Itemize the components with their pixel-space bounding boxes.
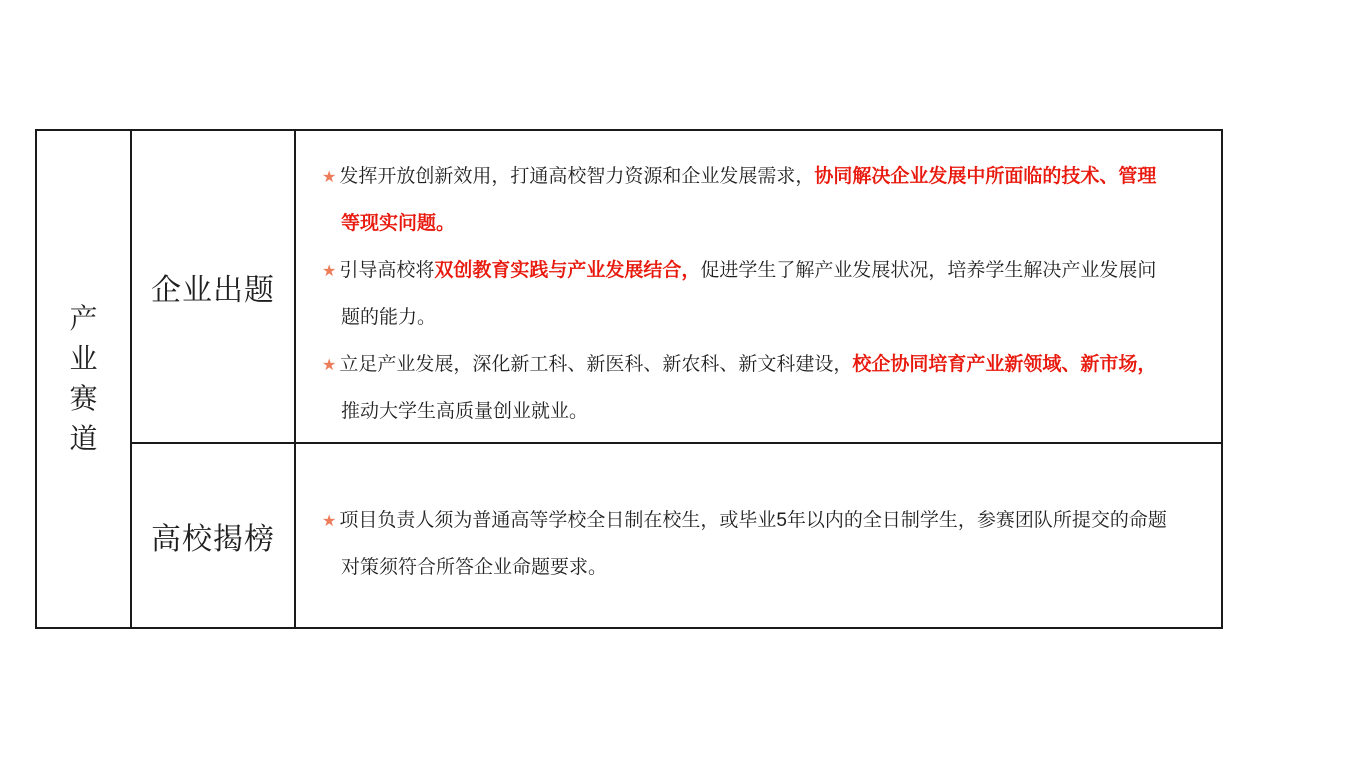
header-char: 道 — [69, 419, 97, 459]
bullet-line: ★项目负责人须为普通高等学校全日制在校生，或毕业5年以内的全日制学生，参赛团队所… — [322, 497, 1181, 544]
table-row-enterprise: 企业出题 ★发挥开放创新效用，打通高校智力资源和企业发展需求，协同解决企业发展中… — [132, 131, 1221, 444]
bullet-line-continuation: 推动大学生高质量创业就业。 — [322, 388, 1181, 435]
body-text: 推动大学生高质量创业就业。 — [341, 401, 588, 422]
header-char: 赛 — [69, 379, 97, 419]
star-bullet-icon: ★ — [322, 357, 336, 374]
bullet-line: ★立足产业发展，深化新工科、新医科、新农科、新文科建设，校企协同培育产业新领域、… — [322, 341, 1181, 388]
star-bullet-icon: ★ — [322, 263, 336, 280]
table-rows: 企业出题 ★发挥开放创新效用，打通高校智力资源和企业发展需求，协同解决企业发展中… — [132, 131, 1221, 627]
table-row-university: 高校揭榜 ★项目负责人须为普通高等学校全日制在校生，或毕业5年以内的全日制学生，… — [132, 444, 1221, 627]
body-text: 引导高校将 — [339, 260, 434, 281]
header-char: 业 — [69, 339, 97, 379]
bullet-line-continuation: 对策须符合所答企业命题要求。 — [322, 544, 1181, 591]
row-content-university-challenge: ★项目负责人须为普通高等学校全日制在校生，或毕业5年以内的全日制学生，参赛团队所… — [296, 444, 1221, 627]
body-text: 项目负责人须为普通高等学校全日制在校生，或毕业5年以内的全日制学生，参赛团队所提… — [339, 510, 1167, 531]
industry-track-table: 产 业 赛 道 企业出题 ★发挥开放创新效用，打通高校智力资源和企业发展需求，协… — [35, 129, 1223, 629]
emphasis-text: 等现实问题。 — [341, 213, 455, 234]
row-content-enterprise-topics: ★发挥开放创新效用，打通高校智力资源和企业发展需求，协同解决企业发展中所面临的技… — [296, 131, 1221, 442]
star-bullet-icon: ★ — [322, 169, 336, 186]
star-bullet-icon: ★ — [322, 513, 336, 530]
emphasis-text: 双创教育实践与产业发展结合， — [434, 260, 700, 281]
bullet-line-continuation: 等现实问题。 — [322, 200, 1181, 247]
bullet-line-continuation: 题的能力。 — [322, 294, 1181, 341]
emphasis-text: 校企协同培育产业新领域、新市场， — [852, 354, 1156, 375]
body-text: 对策须符合所答企业命题要求。 — [341, 557, 607, 578]
emphasis-text: 协同解决企业发展中所面临的技术、管理 — [814, 166, 1156, 187]
body-text: 发挥开放创新效用，打通高校智力资源和企业发展需求， — [339, 166, 814, 187]
header-char: 产 — [69, 299, 97, 339]
body-text: 促进学生了解产业发展状况，培养学生解决产业发展问 — [700, 260, 1156, 281]
body-text: 立足产业发展，深化新工科、新医科、新农科、新文科建设， — [339, 354, 852, 375]
bullet-line: ★发挥开放创新效用，打通高校智力资源和企业发展需求，协同解决企业发展中所面临的技… — [322, 153, 1181, 200]
table-header-cell-industry-track: 产 业 赛 道 — [37, 131, 132, 627]
row-label-enterprise-topics: 企业出题 — [132, 131, 296, 442]
body-text: 题的能力。 — [341, 307, 436, 328]
row-label-university-challenge: 高校揭榜 — [132, 444, 296, 627]
bullet-line: ★引导高校将双创教育实践与产业发展结合，促进学生了解产业发展状况，培养学生解决产… — [322, 247, 1181, 294]
